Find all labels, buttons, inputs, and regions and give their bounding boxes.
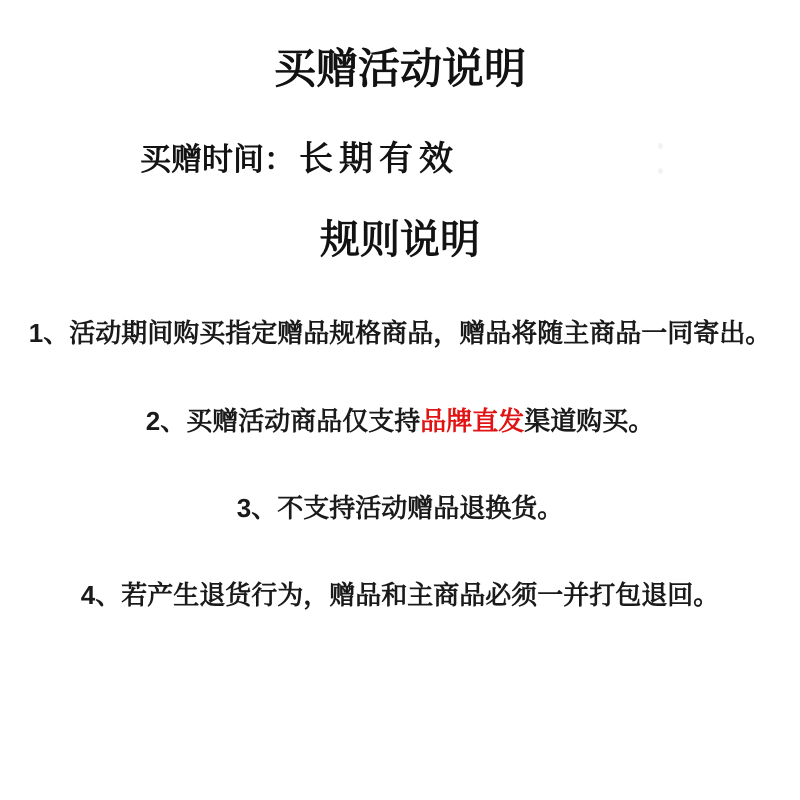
rule-2-suffix: 渠道购买。 [524,406,654,436]
page-title: 买赠活动说明 [0,48,800,90]
promo-notice-page: 买赠活动说明 买赠时间：长期有效 规则说明 1、活动期间购买指定赠品规格商品，赠… [0,0,800,800]
rule-item-3: 3、不支持活动赠品退换货。 [0,493,800,524]
gift-time-label: 买赠时间： [140,142,295,177]
gift-time-value: 长期有效 [299,140,459,178]
scan-artifact [658,143,663,149]
rule-2-highlight: 品牌直发 [420,406,524,436]
scan-artifact [658,168,663,174]
rule-item-1: 1、活动期间购买指定赠品规格商品，赠品将随主商品一同寄出。 [0,318,800,349]
rule-2-prefix: 2、买赠活动商品仅支持 [146,406,420,436]
gift-time-line: 买赠时间：长期有效 [140,140,459,179]
rule-item-4: 4、若产生退货行为，赠品和主商品必须一并打包退回。 [0,580,800,611]
rule-item-2: 2、买赠活动商品仅支持品牌直发渠道购买。 [0,406,800,437]
section-title: 规则说明 [0,220,800,260]
